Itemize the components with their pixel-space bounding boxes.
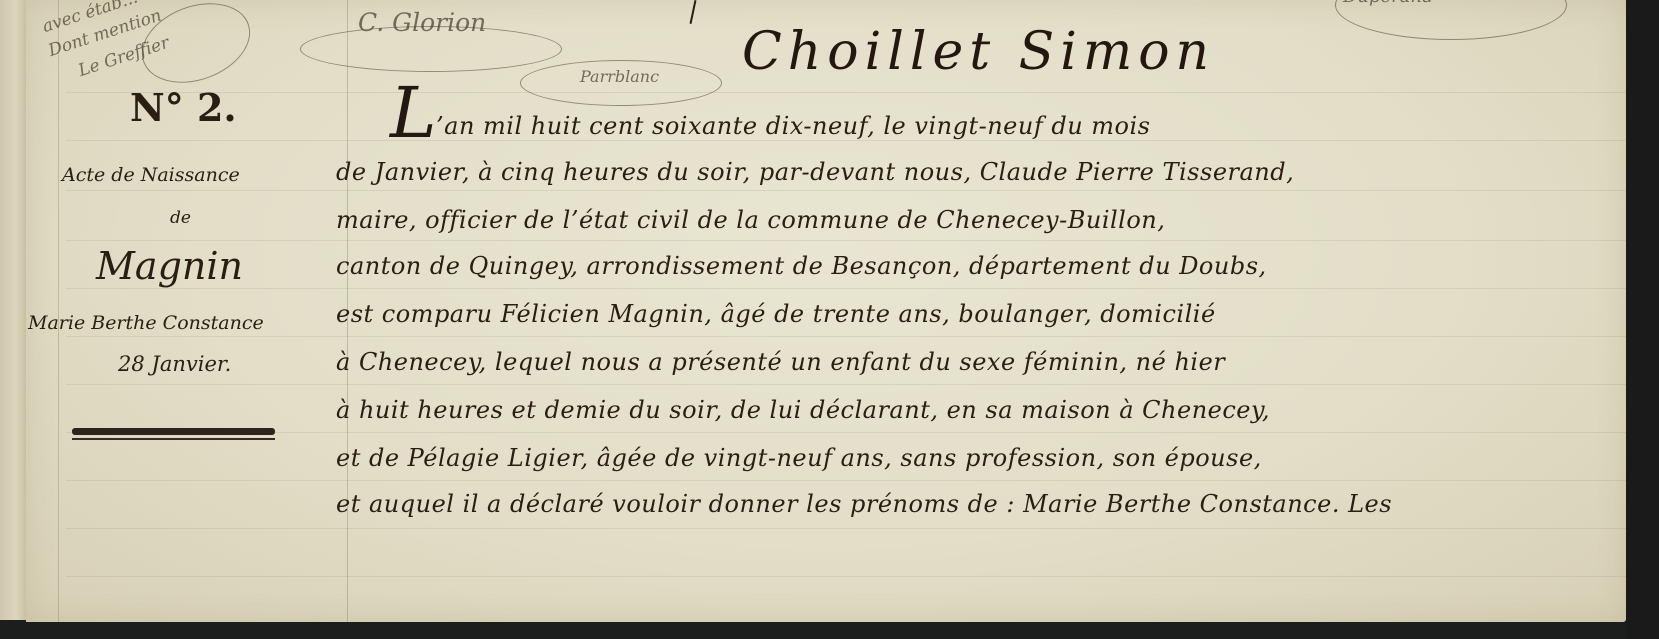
ruled-line	[66, 240, 1626, 241]
document-scan: avec étab... Dont mention Le Greffier N°…	[0, 0, 1659, 639]
ruled-line	[66, 190, 1626, 191]
acte-title: Acte de Naissance	[62, 164, 240, 186]
signature-parrblanc: Parrblanc	[580, 67, 659, 86]
signature-top-right: Dupérand	[1343, 0, 1434, 7]
body-line-7: à huit heures et demie du soir, de lui d…	[336, 396, 1270, 424]
birth-date: 28 Janvier.	[118, 352, 231, 376]
ruled-line	[66, 432, 1626, 433]
body-line-4: canton de Quingey, arrondissement de Bes…	[336, 252, 1267, 280]
ruled-line	[66, 92, 1626, 93]
body-line-2: de Janvier, à cinq heures du soir, par-d…	[336, 158, 1294, 186]
body-line-9: et auquel il a déclaré vouloir donner le…	[336, 490, 1392, 518]
registrant-name: Choillet Simon	[742, 22, 1215, 82]
page-edge-line	[58, 0, 59, 622]
body-line-3: maire, officier de l’état civil de la co…	[336, 206, 1165, 234]
child-given-names: Marie Berthe Constance	[28, 312, 264, 334]
body-line-6: à Chenecey, lequel nous a présenté un en…	[336, 348, 1225, 376]
signature-glorion: C. Glorion	[358, 8, 486, 37]
ruled-line	[66, 384, 1626, 385]
body-line-1: ’an mil huit cent soixante dix-neuf, le …	[436, 112, 1150, 140]
entry-separator	[72, 428, 275, 440]
ruled-line	[66, 140, 1626, 141]
ruled-line	[66, 336, 1626, 337]
de-word: de	[170, 208, 191, 228]
child-surname: Magnin	[96, 244, 243, 288]
book-binding	[0, 0, 27, 620]
scan-border	[1626, 0, 1659, 639]
ruled-line	[66, 480, 1626, 481]
body-line-8: et de Pélagie Ligier, âgée de vingt-neuf…	[336, 444, 1262, 472]
ruled-line	[66, 576, 1626, 577]
entry-number: N° 2.	[130, 85, 237, 130]
body-line-5: est comparu Félicien Magnin, âgé de tren…	[336, 300, 1216, 328]
drop-cap: L	[390, 72, 436, 154]
ruled-line	[66, 528, 1626, 529]
ruled-line	[66, 288, 1626, 289]
